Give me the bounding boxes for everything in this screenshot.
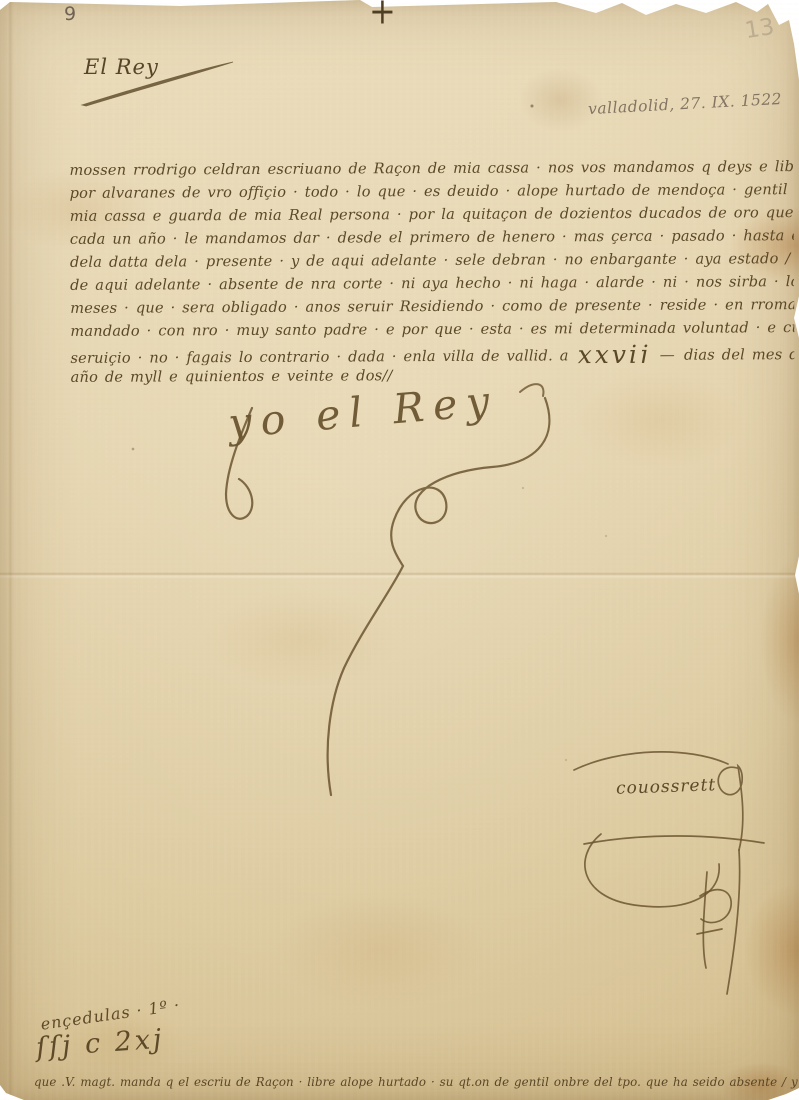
docket-summary-line: que .V. magt. manda q el escriu de Raçon… xyxy=(34,1075,798,1089)
pencil-inventory-number: 9 xyxy=(64,3,76,25)
invocation-cross-mark: + xyxy=(369,0,396,33)
letter-body: mossen rrodrigo celdran escriuano de Raç… xyxy=(69,155,794,389)
pencil-folio-number: 13 xyxy=(743,14,776,44)
body-line-9-dateline: seruiçio · no · fagais lo contrario · da… xyxy=(70,339,794,366)
letter-heading: El Rey xyxy=(84,55,159,79)
body-line-8: mandado · con nro · muy santo padre · e … xyxy=(70,316,794,343)
manuscript-scan: 9 + 13 valladolid, 27. IX. 1522 El Rey m… xyxy=(0,0,799,1100)
dateline-month-phrase: dias del mes de xyxy=(684,343,795,366)
dateline-dash: — xyxy=(660,344,675,366)
body-line-10-year: año de myll e quinientos e veinte e dos/… xyxy=(70,364,396,389)
dateline-text: seruiçio · no · fagais lo contrario · da… xyxy=(70,344,568,366)
day-numeral: xxvij xyxy=(578,343,651,366)
countersignature: couossrett xyxy=(616,775,717,798)
